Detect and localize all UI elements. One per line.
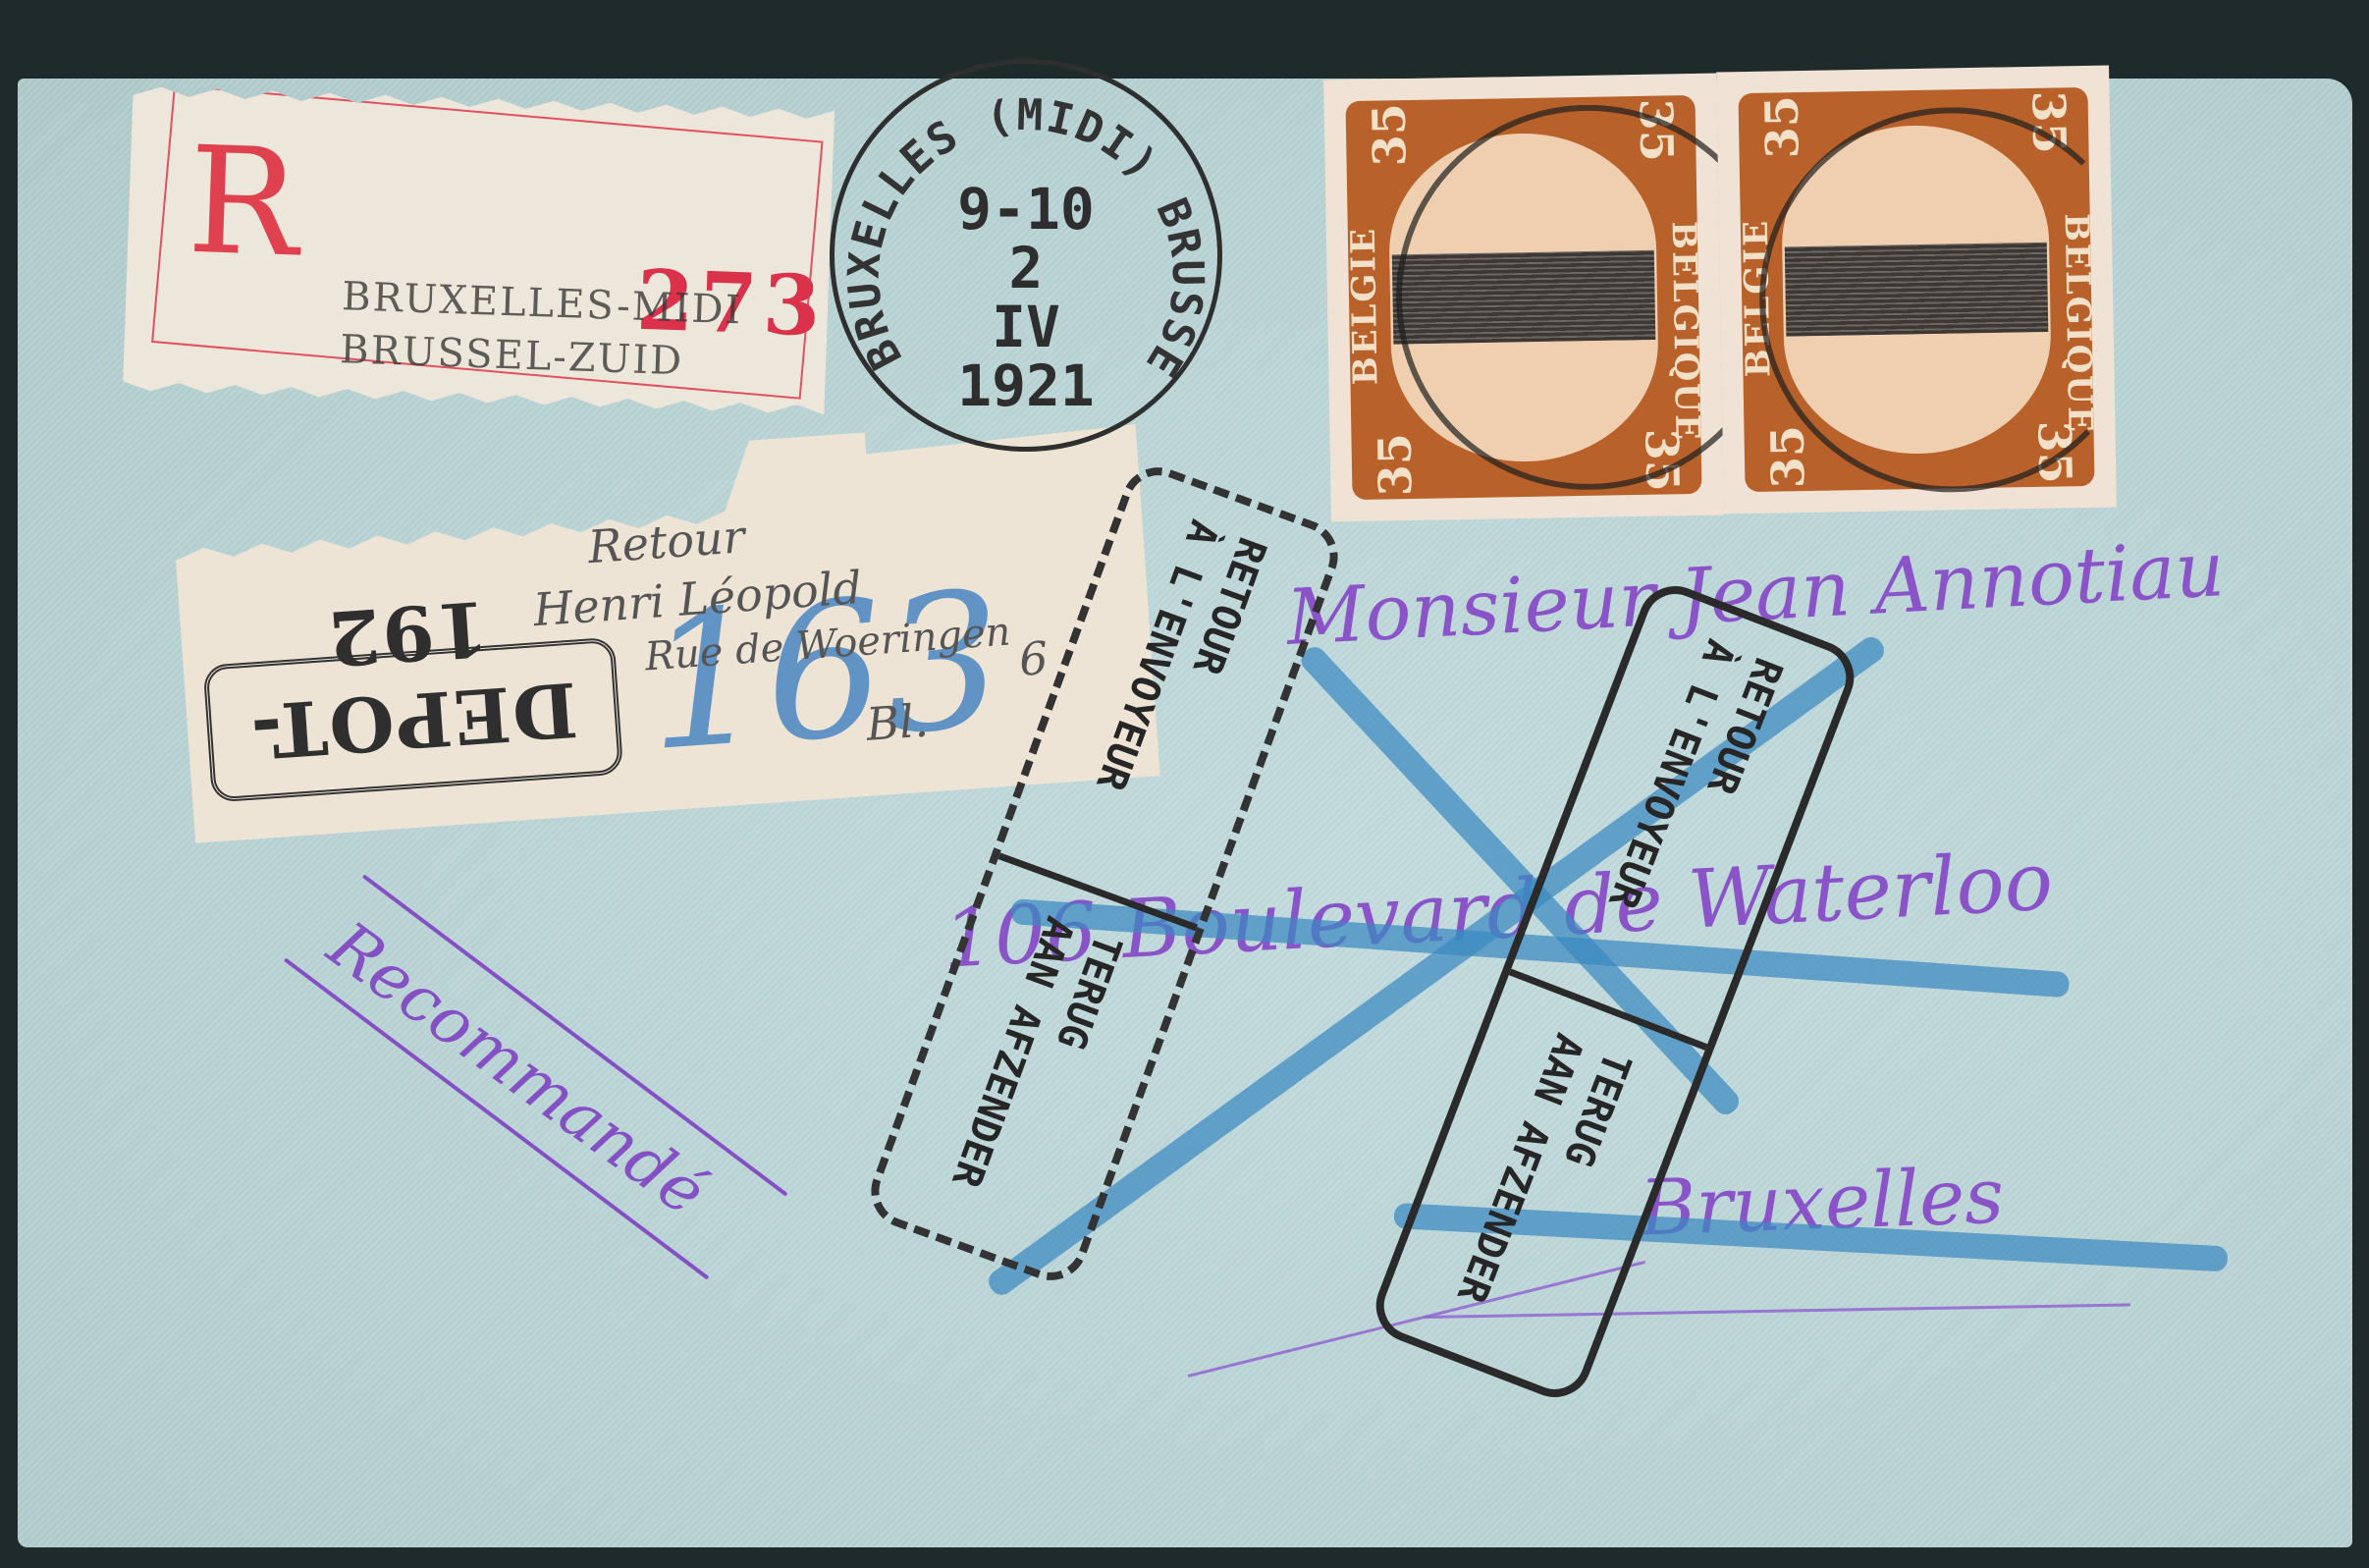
postmark: BRUXELLES (MIDI) BRUSSEL (ZUID) 9-10 2 I… xyxy=(830,59,1222,452)
stamp-value: 35 xyxy=(1363,103,1417,167)
depot-stamp: DEPOT-192 xyxy=(202,637,623,803)
retour-divider xyxy=(1509,969,1707,1051)
postmark-date: 9-10 2 IV 1921 xyxy=(835,180,1217,415)
registration-office: BRUXELLES-MIDI BRUSSEL-ZUID xyxy=(339,270,743,390)
retour-divider xyxy=(998,853,1198,932)
retour-text-fr: RETOUR À L'ENVOYEUR xyxy=(1085,514,1278,815)
postage-stamp-2: 35 35 35 35 BELGIQUE BELGIE xyxy=(1716,66,2117,514)
retour-text-fr: RETOUR À L'ENVOYEUR xyxy=(1596,632,1794,934)
postmark-month: IV xyxy=(835,297,1217,356)
retour-text-nl: TERUG AAN AFZENDER xyxy=(1445,1027,1642,1328)
registration-letter: R xyxy=(186,128,301,279)
postmark-year: 1921 xyxy=(835,356,1217,415)
return-line-5: Bl. xyxy=(864,694,930,751)
retour-text-nl: TERUG AAN AFZENDER xyxy=(940,910,1133,1212)
stamp-value: 35 xyxy=(1755,95,1809,159)
postmark-time: 9-10 xyxy=(835,180,1217,239)
return-line-4: 6 xyxy=(1017,631,1050,686)
stamp-country-alt: BELGIE xyxy=(1344,226,1386,385)
stamp-value: 35 xyxy=(1368,433,1422,497)
stamp-value: 35 xyxy=(1760,425,1814,489)
registration-label: R 273 BRUXELLES-MIDI BRUSSEL-ZUID xyxy=(123,86,835,415)
postmark-day: 2 xyxy=(835,239,1217,297)
postage-stamp-1: 35 35 35 35 BELGIQUE BELGIE xyxy=(1323,74,1724,522)
